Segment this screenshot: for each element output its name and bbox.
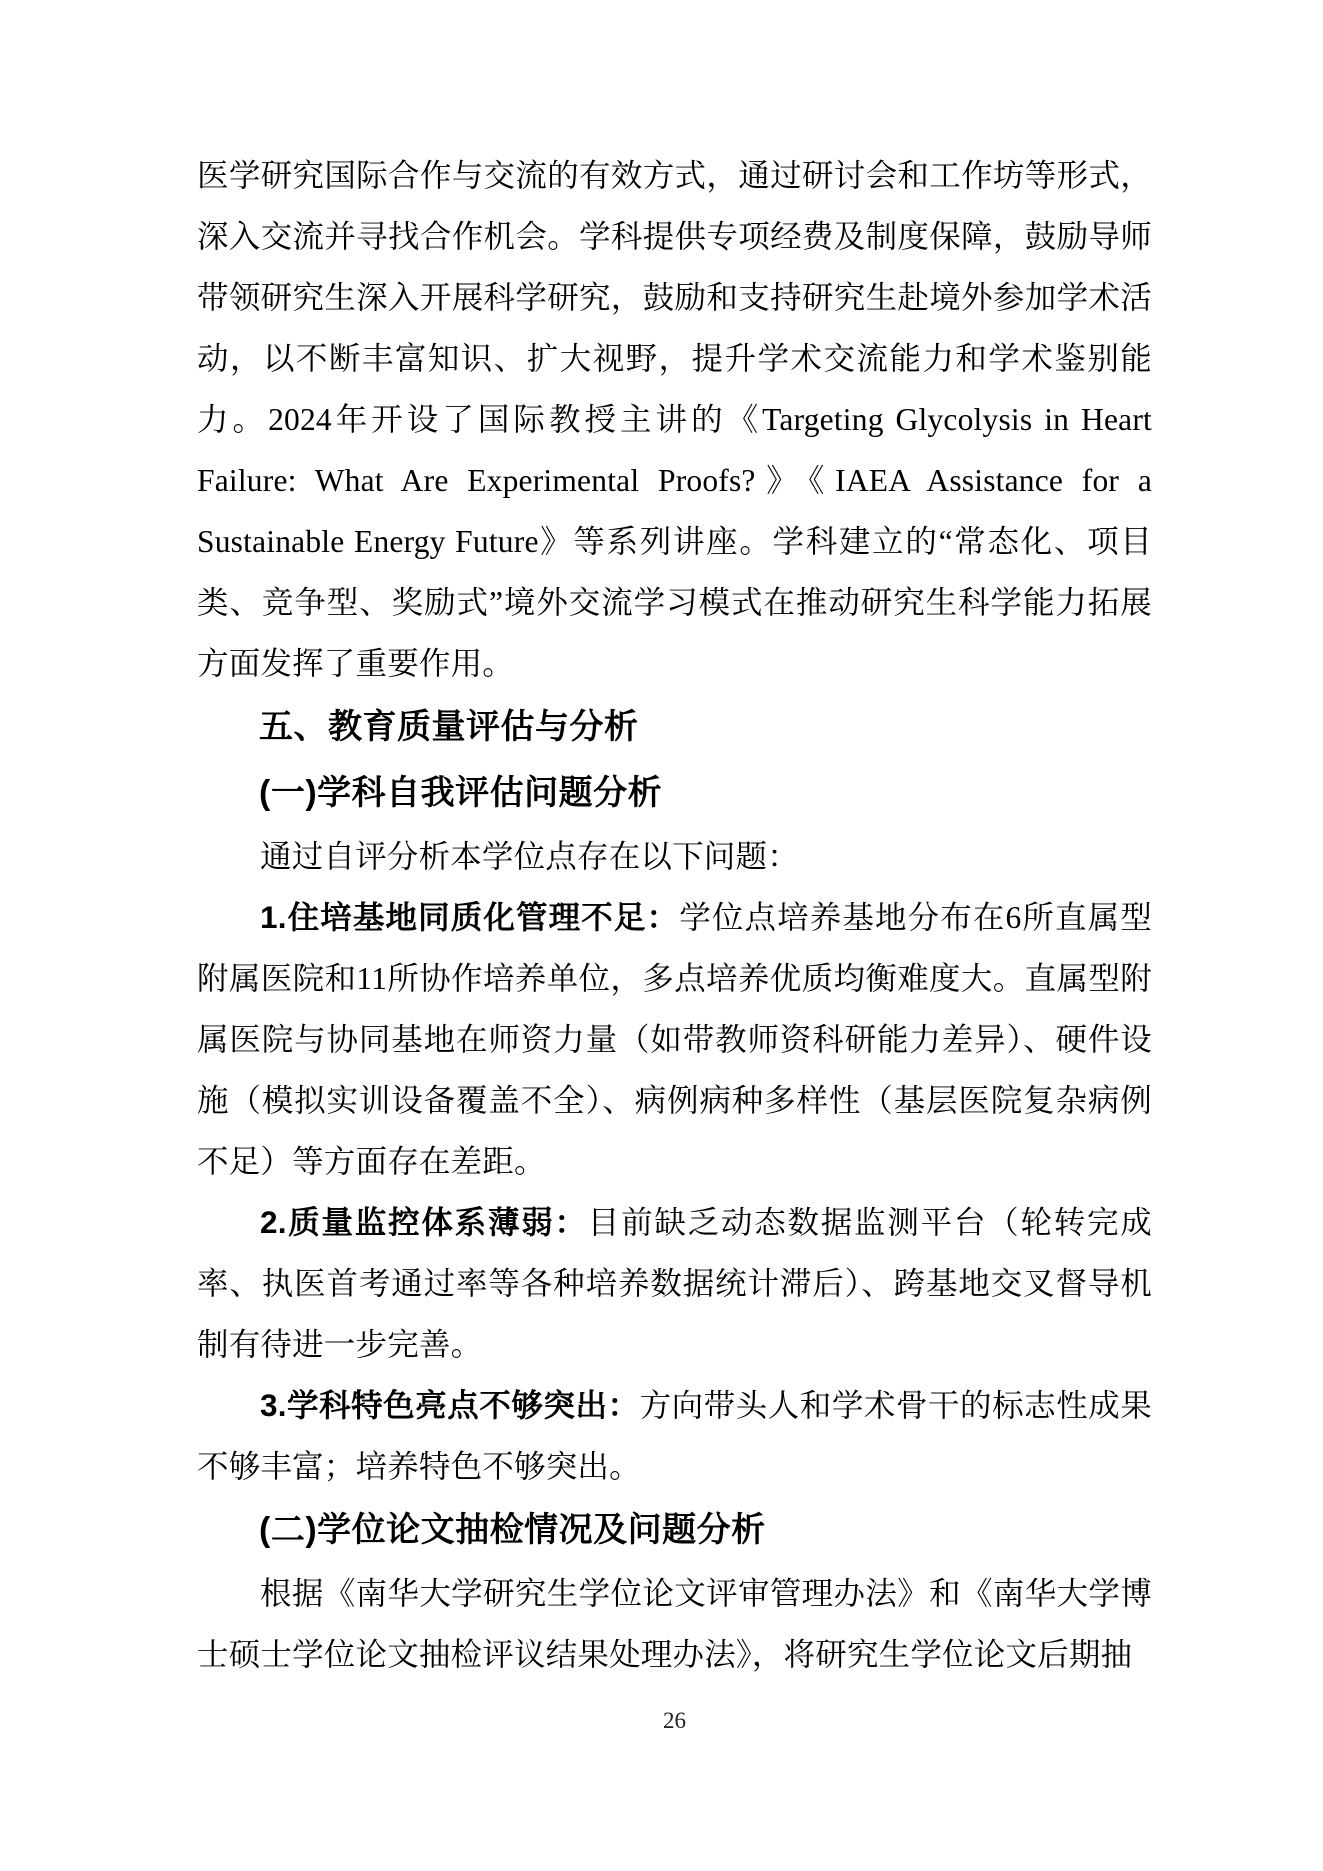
paragraph-text: 通过自评分析本学位点存在以下问题：: [260, 839, 799, 874]
paragraph-bold-lead: 2.质量监控体系薄弱：: [260, 1204, 588, 1240]
page-footer: 26: [197, 1706, 1152, 1736]
paragraph: 医学研究国际合作与交流的有效方式，通过研讨会和工作坊等形式，深入交流并寻找合作机…: [197, 145, 1152, 694]
paragraph: 1.住培基地同质化管理不足：学位点培养基地分布在6所直属型附属医院和11所协作培…: [197, 887, 1152, 1192]
paragraph: 通过自评分析本学位点存在以下问题：: [197, 826, 1152, 887]
paragraph: 根据《南华大学研究生学位论文评审管理办法》和《南华大学博士硕士学位论文抽检评议结…: [197, 1563, 1152, 1685]
paragraph-bold-lead: 1.住培基地同质化管理不足：: [260, 899, 679, 935]
page-number: 26: [663, 1708, 686, 1733]
document-page: 医学研究国际合作与交流的有效方式，通过研讨会和工作坊等形式，深入交流并寻找合作机…: [0, 0, 1323, 1871]
subsection-heading: (二)学位论文抽检情况及问题分析: [197, 1497, 1152, 1563]
paragraph-text: 根据《南华大学研究生学位论文评审管理办法》和《南华大学博士硕士学位论文抽检评议结…: [197, 1576, 1152, 1672]
paragraph-text: 医学研究国际合作与交流的有效方式，通过研讨会和工作坊等形式，深入交流并寻找合作机…: [197, 158, 1152, 681]
paragraph: 2.质量监控体系薄弱：目前缺乏动态数据监测平台（轮转完成率、执医首考通过率等各种…: [197, 1192, 1152, 1375]
paragraph-bold-lead: 3.学科特色亮点不够突出：: [260, 1387, 640, 1423]
paragraph-text: 学位点培养基地分布在6所直属型附属医院和11所协作培养单位，多点培养优质均衡难度…: [197, 900, 1152, 1179]
paragraph: 3.学科特色亮点不够突出：方向带头人和学术骨干的标志性成果不够丰富；培养特色不够…: [197, 1375, 1152, 1497]
subsection-heading: (一)学科自我评估问题分析: [197, 760, 1152, 826]
document-body: 医学研究国际合作与交流的有效方式，通过研讨会和工作坊等形式，深入交流并寻找合作机…: [197, 145, 1152, 1685]
section-heading: 五、教育质量评估与分析: [197, 694, 1152, 760]
